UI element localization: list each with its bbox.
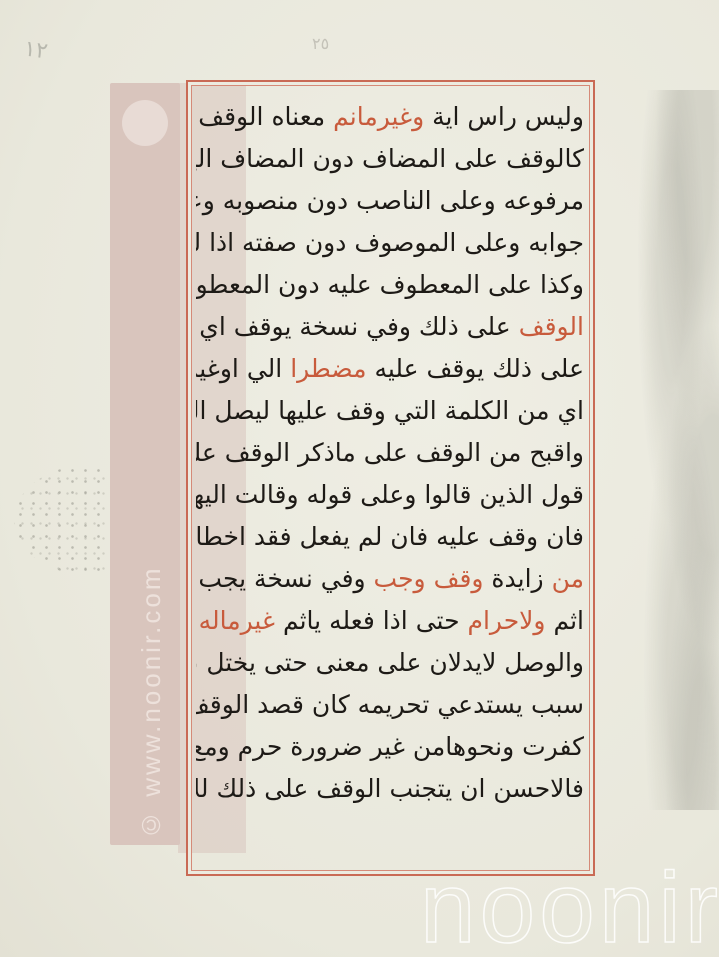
rubric-text: وقف وجب [374,564,484,593]
body-text: الي اوغيره [196,354,290,383]
manuscript-line: على ذلك يوقف عليه مضطرا الي اوغيره ولكن … [196,348,584,390]
manuscript-line: واقبح من الوقف على ماذكر الوقف على قوله … [196,432,584,474]
manuscript-line: والوصل لايدلان على معنى حتى يختل بتركهما… [196,642,584,684]
folio-number-left: ١٢ [22,36,49,64]
body-text: جوابه وعلى الموصوف دون صفته اذا لم يتم م… [196,228,584,257]
folio-number-center: ٢٥ [312,34,329,53]
body-text: مرفوعه وعلى الناصب دون منصوبه وعلى الشرط… [196,186,584,215]
body-text: معناه الوقف عليه [196,102,333,131]
manuscript-line: من زايدة وقف وجب وفي نسخة يجب حتى اذا تر… [196,558,584,600]
body-text: وليس راس اية [424,102,584,131]
manuscript-line: جوابه وعلى الموصوف دون صفته اذا لم يتم م… [196,222,584,264]
rubric-text: الوقف [519,312,584,341]
manuscript-line: الوقف على ذلك وفي نسخة يوقف اي ولاجل قبح… [196,306,584,348]
manuscript-line: كالوقف على المضاف دون المضاف اليه والراف… [196,138,584,180]
manuscript-line: وليس راس اية وغيرمانم معناه الوقف عليه ق… [196,96,584,138]
manuscript-line: اي من الكلمة التي وقف عليها ليصل الكلام … [196,390,584,432]
body-text: والوصل لايدلان على معنى حتى يختل بتركهما… [196,648,584,677]
manuscript-line: مرفوعه وعلى الناصب دون منصوبه وعلى الشرط… [196,180,584,222]
manuscript-line: كفرت ونحوهامن غير ضرورة حرم ومع عدم القص… [196,726,584,768]
manuscript-line: وكذا على المعطوف عليه دون المعطوف وله اي… [196,264,584,306]
body-text: اثم [546,606,585,635]
rubric-text: من [552,564,584,593]
manuscript-text-block: وليس راس اية وغيرمانم معناه الوقف عليه ق… [196,96,584,810]
body-text: سبب يستدعي تحريمه كان قصد الوقف على مامن… [196,690,584,719]
manuscript-page: ١٢ ٢٥ © www.noonir.com وليس راس اية وغير… [0,0,719,957]
manuscript-line: فان وقف عليه فان لم يفعل فقد اخطا وليس ف… [196,516,584,558]
manuscript-line: سبب يستدعي تحريمه كان قصد الوقف على مامن… [196,684,584,726]
manuscript-line: فالاحسن ان يتجنب الوقف على ذلك للايهام و… [196,768,584,810]
body-text: فان وقف عليه فان لم يفعل فقد اخطا [196,522,584,551]
body-text: كفرت ونحوهامن غير ضرورة حرم ومع عدم القص… [196,732,584,761]
body-text: كالوقف على المضاف دون المضاف اليه والراف… [196,144,584,173]
watermark-logo: noonir [420,860,719,957]
body-text: قول الذين قالوا وعلى قوله وقالت اليهود و… [196,480,584,509]
body-text: على ذلك وفي نسخة يوقف اي ولاجل قبح الوقف [196,312,519,341]
manuscript-line: قول الذين قالوا وعلى قوله وقالت اليهود و… [196,474,584,516]
body-text: واقبح من الوقف على ماذكر الوقف على قوله … [196,438,584,467]
floral-ornament-bleedthrough [600,90,719,810]
body-text: وفي نسخة يجب حتى اذا تركه القاري [196,564,374,593]
body-text: حتى اذا فعله ياثم [275,606,467,635]
body-text: وكذا على المعطوف عليه دون المعطوف [196,270,584,299]
manuscript-line: اثم ولاحرام حتى اذا فعله ياثم غيرماله سب… [196,600,584,642]
side-watermark-text: © www.noonir.com [136,100,166,840]
rubric-text: وغيرمانم [333,102,424,131]
body-text: فالاحسن ان يتجنب الوقف على ذلك للايهام و… [196,774,584,803]
body-text: اي من الكلمة التي وقف عليها ليصل الكلام … [196,396,584,425]
rubric-text: غيرماله سبب [196,606,275,635]
rubric-text: مضطرا [290,354,366,383]
body-text: على ذلك يوقف عليه [367,354,584,383]
rubric-text: ولاحرام [467,606,545,635]
body-text: زايدة [483,564,551,593]
